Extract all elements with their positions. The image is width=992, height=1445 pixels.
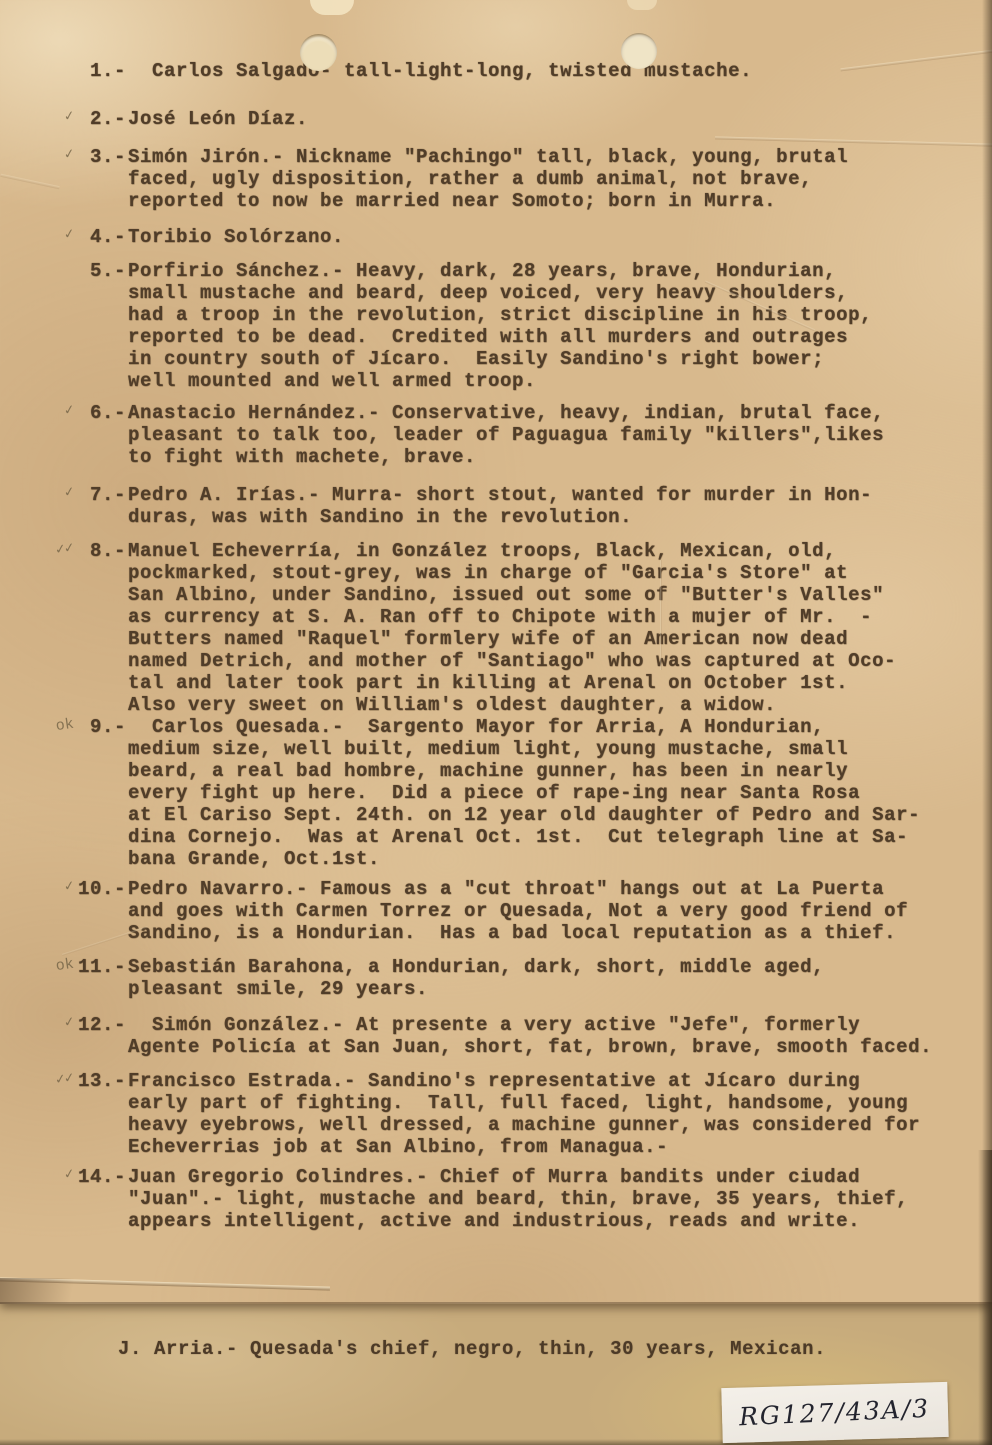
typed-line: San Albino, under Sandino, issued out so…	[128, 584, 976, 606]
list-item-11: ok11.-Sebastián Barahona, a Hondurian, d…	[0, 956, 976, 1000]
list-item-13: ✓✓13.-Francisco Estrada.- Sandino's repr…	[0, 1070, 976, 1158]
item-number: 9.-	[78, 716, 126, 738]
typed-line: pockmarked, stout-grey, was in charge of…	[128, 562, 976, 584]
punch-hole-left	[300, 34, 337, 71]
typed-line: every fight up here. Did a piece of rape…	[128, 782, 976, 804]
pencil-check-mark: ✓✓	[39, 538, 76, 565]
pencil-check-mark: ✓	[39, 224, 76, 251]
typed-line: Sebastián Barahona, a Hondurian, dark, s…	[128, 956, 976, 978]
pencil-check-mark: ✓	[39, 876, 76, 903]
item-number: 3.-	[78, 146, 126, 168]
list-item-2: ✓2.-José León Díaz.	[0, 108, 976, 130]
pencil-check-mark: ✓	[39, 144, 76, 171]
typed-line: Carlos Salgado- tall-light-long, twisted…	[128, 60, 976, 82]
item-number: 7.-	[78, 484, 126, 506]
typed-line: had a troop in the revolution, strict di…	[128, 304, 976, 326]
typed-line: Juan Gregorio Colindres.- Chief of Murra…	[128, 1166, 976, 1188]
typed-line: Toribio Solórzano.	[128, 226, 976, 248]
item-number: 13.-	[78, 1070, 126, 1092]
typed-line: Pedro A. Irías.- Murra- short stout, wan…	[128, 484, 976, 506]
typed-line: bana Grande, Oct.1st.	[128, 848, 976, 870]
typed-line: Francisco Estrada.- Sandino's representa…	[128, 1070, 976, 1092]
typed-line: pleasant to talk too, leader of Paguagua…	[128, 424, 976, 446]
list-item-14: ✓14.-Juan Gregorio Colindres.- Chief of …	[0, 1166, 976, 1232]
typed-line: Carlos Quesada.- Sargento Mayor for Arri…	[128, 716, 976, 738]
list-item-1: 1.- Carlos Salgado- tall-light-long, twi…	[0, 60, 976, 82]
typed-line: Agente Policía at San Juan, short, fat, …	[128, 1036, 976, 1058]
typed-line: to fight with machete, brave.	[128, 446, 976, 468]
typed-line: dina Cornejo. Was at Arenal Oct. 1st. Cu…	[128, 826, 976, 848]
item-number: 5.-	[78, 260, 126, 282]
typed-line: duras, was with Sandino in the revolutio…	[128, 506, 976, 528]
list-item-6: ✓6.-Anastacio Hernández.- Conservative, …	[0, 402, 976, 468]
typed-line: heavy eyebrows, well dressed, a machine …	[128, 1114, 976, 1136]
punch-hole-right	[621, 33, 657, 69]
pencil-check-mark: ✓	[39, 400, 76, 427]
typed-line: at El Cariso Sept. 24th. on 12 year old …	[128, 804, 976, 826]
item-number: 12.-	[78, 1014, 126, 1036]
archive-slip: RG127/43A/3	[721, 1382, 948, 1443]
typed-line: pleasant smile, 29 years.	[128, 978, 976, 1000]
list-item-9: ok9.- Carlos Quesada.- Sargento Mayor fo…	[0, 716, 976, 870]
typed-line: Butters named "Raquel" formlery wife of …	[128, 628, 976, 650]
item-number: 8.-	[78, 540, 126, 562]
typed-line: Porfirio Sánchez.- Heavy, dark, 28 years…	[128, 260, 976, 282]
typed-line: reported to be dead. Credited with all m…	[128, 326, 976, 348]
typed-line: well mounted and well armed troop.	[128, 370, 976, 392]
list-item-7: ✓7.-Pedro A. Irías.- Murra- short stout,…	[0, 484, 976, 528]
list-item-4: ✓4.-Toribio Solórzano.	[0, 226, 976, 248]
typed-line: Pedro Navarro.- Famous as a "cut throat"…	[128, 878, 976, 900]
item-number: 6.-	[78, 402, 126, 424]
list-item-5: 5.-Porfirio Sánchez.- Heavy, dark, 28 ye…	[0, 260, 976, 392]
document-sheet: 1.- Carlos Salgado- tall-light-long, twi…	[0, 0, 992, 1304]
typed-line: in country south of Jícaro. Easily Sandi…	[128, 348, 976, 370]
item-number: 10.-	[78, 878, 126, 900]
typed-line: Also very sweet on William's oldest daug…	[128, 694, 976, 716]
pencil-check-mark: ✓	[39, 1164, 76, 1191]
pencil-check-mark: ok	[39, 954, 76, 981]
photo-edge	[978, 1150, 992, 1445]
typed-line: small mustache and beard, deep voiced, v…	[128, 282, 976, 304]
typed-line: Echeverrias job at San Albino, from Mana…	[128, 1136, 976, 1158]
list-item-8: ✓✓8.-Manuel Echeverría, in González troo…	[0, 540, 976, 716]
pencil-check-mark: ✓	[39, 482, 76, 509]
typed-line: as currency at S. A. Ran off to Chipote …	[128, 606, 976, 628]
typed-line: appears intelligent, active and industri…	[128, 1210, 976, 1232]
typed-line: José León Díaz.	[128, 108, 976, 130]
pencil-check-mark	[40, 58, 74, 63]
typed-line: Anastacio Hernández.- Conservative, heav…	[128, 402, 976, 424]
item-number: 14.-	[78, 1166, 126, 1188]
item-number: 11.-	[78, 956, 126, 978]
item-number: 2.-	[78, 108, 126, 130]
pencil-check-mark: ok	[39, 714, 76, 741]
typed-line: Simón Jirón.- Nickname "Pachingo" tall, …	[128, 146, 976, 168]
typed-line: named Detrich, and mother of "Santiago" …	[128, 650, 976, 672]
photographed-document: 1.- Carlos Salgado- tall-light-long, twi…	[0, 0, 992, 1445]
typed-line: faced, ugly disposition, rather a dumb a…	[128, 168, 976, 190]
fold-shadow	[0, 1278, 95, 1304]
typed-line: "Juan".- light, mustache and beard, thin…	[128, 1188, 976, 1210]
typed-line: Sandino, is a Hondurian. Has a bad local…	[128, 922, 976, 944]
archive-reference-label: RG127/43A/3	[739, 1394, 931, 1432]
list-item-10: ✓10.-Pedro Navarro.- Famous as a "cut th…	[0, 878, 976, 944]
typed-line: reported to now be married near Somoto; …	[128, 190, 976, 212]
typed-line: medium size, well built, medium light, y…	[128, 738, 976, 760]
photo-edge	[0, 1439, 992, 1445]
list-item-3: ✓3.-Simón Jirón.- Nickname "Pachingo" ta…	[0, 146, 976, 212]
typed-line: Manuel Echeverría, in González troops, B…	[128, 540, 976, 562]
item-number: 1.-	[78, 60, 126, 82]
pencil-check-mark: ✓	[39, 106, 76, 133]
typed-line: and goes with Carmen Torrez or Quesada, …	[128, 900, 976, 922]
typed-line: Simón González.- At presente a very acti…	[128, 1014, 976, 1036]
footnote-line: J. Arria.- Quesada's chief, negro, thin,…	[118, 1338, 826, 1360]
item-number: 4.-	[78, 226, 126, 248]
pencil-check-mark: ✓	[39, 1012, 76, 1039]
typed-line: beard, a real bad hombre, machine gunner…	[128, 760, 976, 782]
pencil-check-mark	[40, 258, 74, 263]
typed-line: early part of fighting. Tall, full faced…	[128, 1092, 976, 1114]
typed-line: tal and later took part in killing at Ar…	[128, 672, 976, 694]
list-item-12: ✓12.- Simón González.- At presente a ver…	[0, 1014, 976, 1058]
pencil-check-mark: ✓✓	[39, 1068, 76, 1095]
